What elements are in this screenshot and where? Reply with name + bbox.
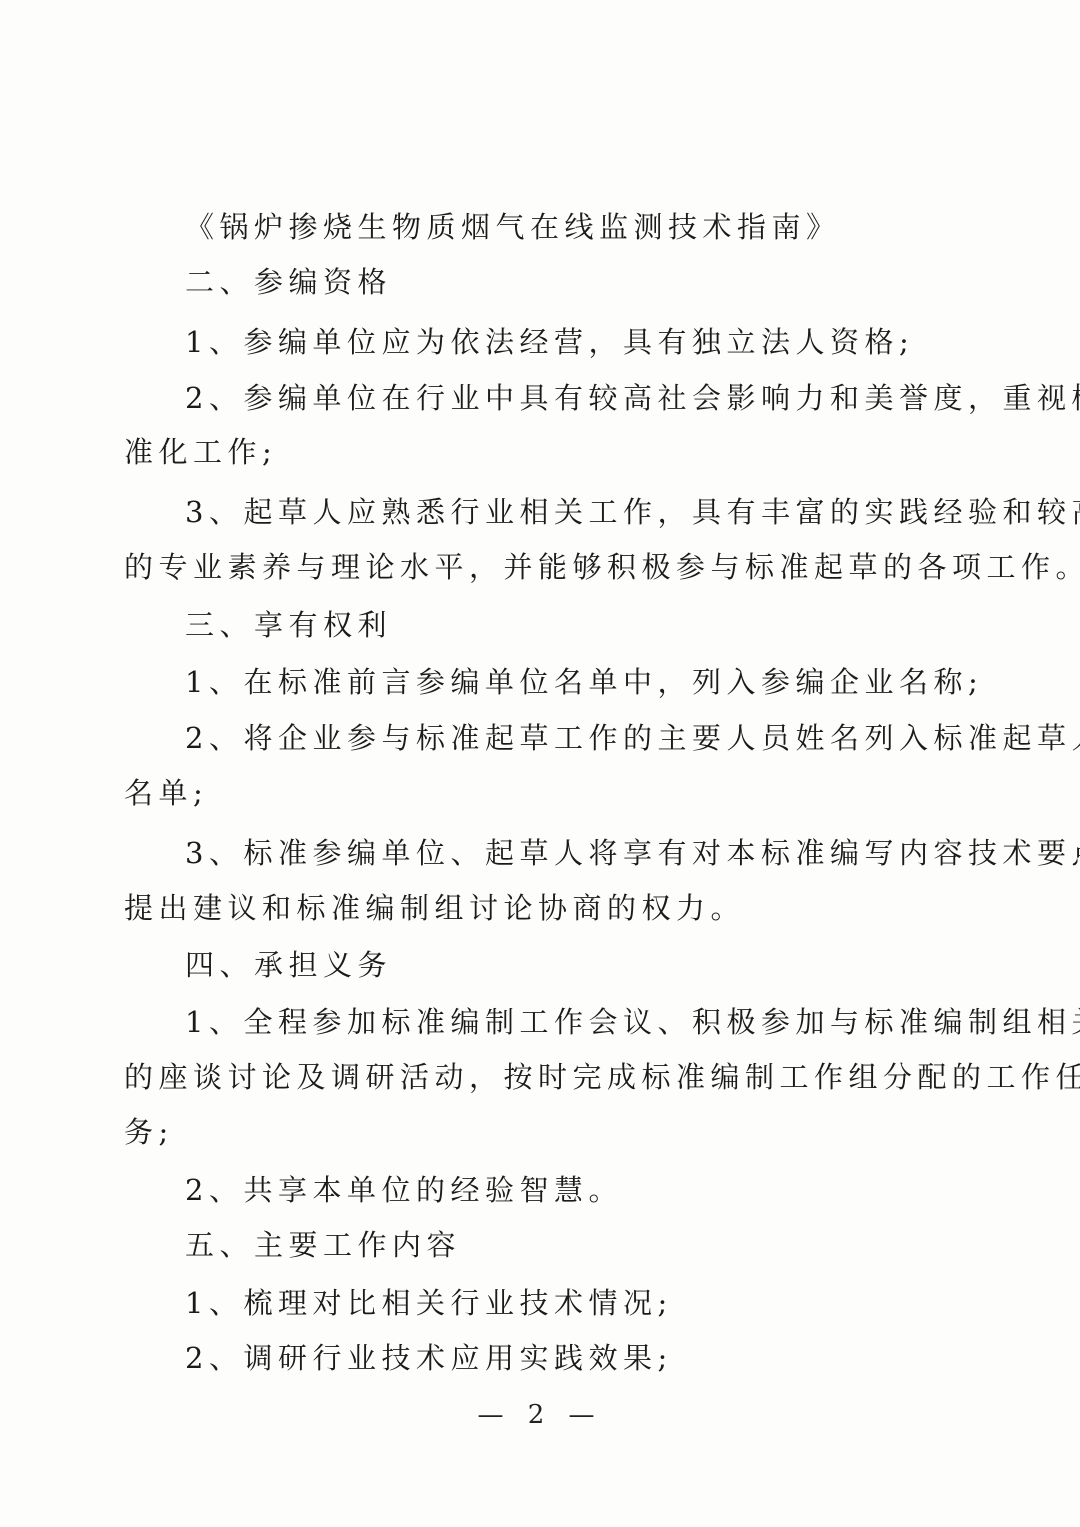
document-page: 《锅炉掺烧生物质烟气在线监测技术指南》 二、参编资格 1、参编单位应为依法经营，… [0, 0, 1080, 1527]
qualification-item-1: 1、参编单位应为依法经营，具有独立法人资格; [185, 322, 914, 362]
qualification-item-2-line-1: 2、参编单位在行业中具有较高社会影响力和美誉度，重视标 [185, 378, 1080, 418]
rights-item-2-line-2: 名单; [124, 773, 208, 813]
section-heading-qualifications: 二、参编资格 [185, 262, 392, 302]
obligations-item-1-line-3: 务; [124, 1112, 174, 1152]
rights-item-1: 1、在标准前言参编单位名单中，列入参编企业名称; [185, 662, 983, 702]
rights-item-3-line-1: 3、标准参编单位、起草人将享有对本标准编写内容技术要点 [185, 833, 1080, 873]
section-heading-main-work: 五、主要工作内容 [185, 1225, 461, 1265]
qualification-item-2-line-2: 准化工作; [124, 432, 277, 472]
section-heading-rights: 三、享有权利 [185, 605, 392, 645]
rights-item-3-line-2: 提出建议和标准编制组讨论协商的权力。 [124, 888, 745, 928]
obligations-item-2: 2、共享本单位的经验智慧。 [185, 1170, 623, 1210]
main-work-item-1: 1、梳理对比相关行业技术情况; [185, 1283, 673, 1323]
obligations-item-1-line-1: 1、全程参加标准编制工作会议、积极参加与标准编制组相关 [185, 1002, 1080, 1042]
main-work-item-2: 2、调研行业技术应用实践效果; [185, 1338, 673, 1378]
document-title-line: 《锅炉掺烧生物质烟气在线监测技术指南》 [185, 207, 841, 247]
section-heading-obligations: 四、承担义务 [185, 945, 392, 985]
page-number: — 2 — [0, 1400, 1080, 1430]
qualification-item-3-line-1: 3、起草人应熟悉行业相关工作，具有丰富的实践经验和较高 [185, 492, 1080, 532]
rights-item-2-line-1: 2、将企业参与标准起草工作的主要人员姓名列入标准起草人 [185, 718, 1080, 758]
qualification-item-3-line-2: 的专业素养与理论水平，并能够积极参与标准起草的各项工作。 [124, 547, 1080, 587]
obligations-item-1-line-2: 的座谈讨论及调研活动，按时完成标准编制工作组分配的工作任 [124, 1057, 1080, 1097]
